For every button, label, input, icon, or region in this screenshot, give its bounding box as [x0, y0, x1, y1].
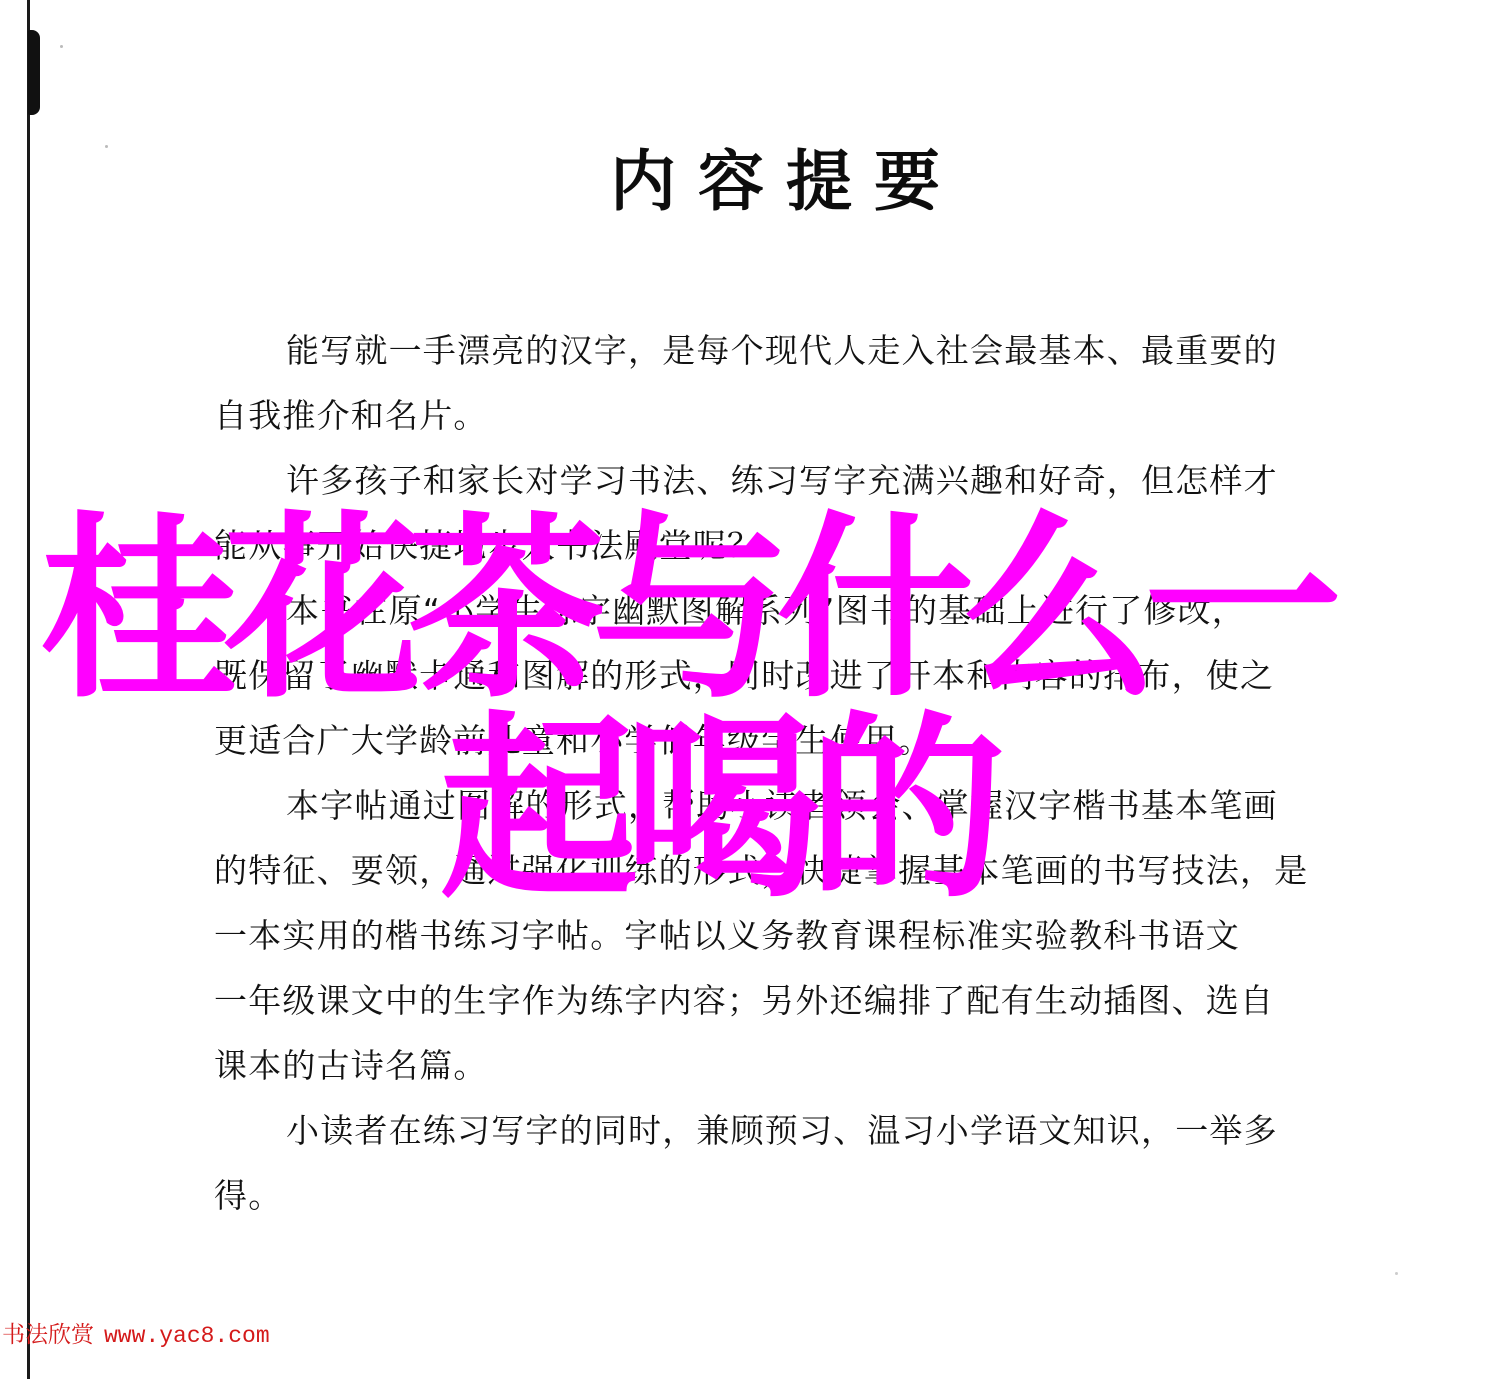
document-body: 能写就一手漂亮的汉字，是每个现代人走入社会最基本、最重要的 自我推介和名片。 许…: [214, 318, 1324, 1228]
binding-edge-line: [27, 0, 30, 1379]
scan-ink-blot: [28, 30, 40, 115]
paragraph-line: 能从事开始快捷地步入书法殿堂呢？: [214, 513, 1324, 578]
watermark-label: 书法欣赏: [2, 1322, 94, 1348]
watermark-url: www.yac8.com: [104, 1323, 270, 1349]
paragraph-line: 能写就一手漂亮的汉字，是每个现代人走入社会最基本、最重要的: [214, 318, 1324, 383]
scanned-document-page: 内容提要 能写就一手漂亮的汉字，是每个现代人走入社会最基本、最重要的 自我推介和…: [0, 0, 1500, 1379]
document-title: 内容提要: [610, 142, 950, 222]
paragraph-line: 一年级课文中的生字作为练字内容；另外还编排了配有生动插图、选自: [214, 968, 1324, 1033]
paragraph-line: 一本实用的楷书练习字帖。字帖以义务教育课程标准实验教科书语文: [214, 903, 1324, 968]
paragraph-line: 本书在原“小学生练字幽默图解系列”图书的基础上进行了修改，: [214, 578, 1324, 643]
paragraph-line: 许多孩子和家长对学习书法、练习写字充满兴趣和好奇，但怎样才: [214, 448, 1324, 513]
paragraph-line: 本字帖通过图解的形式，帮助小读者领会、掌握汉字楷书基本笔画: [214, 773, 1324, 838]
scan-speck: [1395, 1272, 1398, 1275]
site-watermark: 书法欣赏www.yac8.com: [2, 1320, 270, 1351]
paragraph-line: 自我推介和名片。: [214, 383, 1324, 448]
paragraph-line: 课本的古诗名篇。: [214, 1033, 1324, 1098]
paragraph-line: 更适合广大学龄前儿童和小学低年级学生使用。: [214, 708, 1324, 773]
paragraph-line: 得。: [214, 1163, 1324, 1228]
scan-speck: [105, 145, 108, 148]
paragraph-line: 既保留了幽默卡通和图解的形式，同时改进了开本和内容的排布，使之: [214, 643, 1324, 708]
paragraph-line: 的特征、要领，通过强化训练的形式，快捷掌握基本笔画的书写技法，是: [214, 838, 1324, 903]
paragraph-line: 小读者在练习写字的同时，兼顾预习、温习小学语文知识，一举多: [214, 1098, 1324, 1163]
scan-speck: [60, 45, 63, 48]
